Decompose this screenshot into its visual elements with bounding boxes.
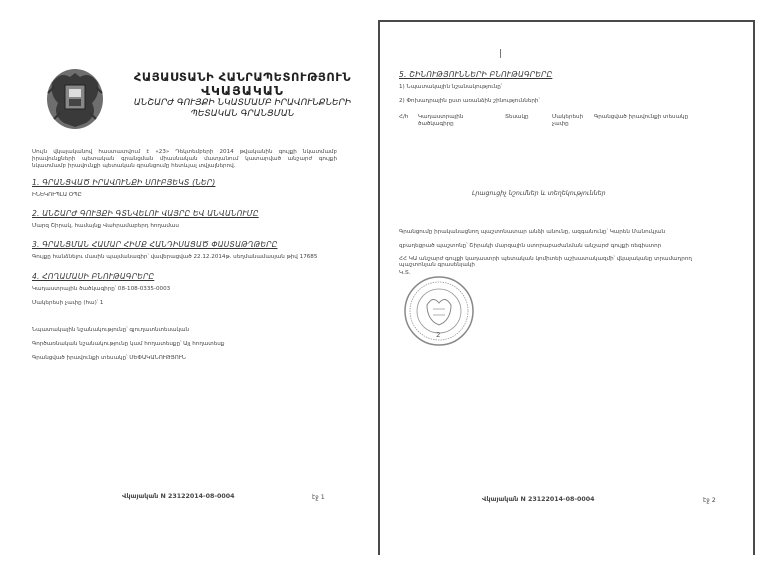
building-list-label: 2) Փոխադրային ըստ առանձին շինությունների…: [399, 98, 540, 105]
registrar-name: Գրանցումը իրականացնող պաշտոնատար անձի ան…: [399, 229, 665, 236]
scan-mark: [500, 49, 501, 58]
document-header: ՀԱՅԱՍՏԱՆԻ ՀԱՆՐԱՊԵՏՈՒԹՅՈՒՆ ՎԿԱՅԱԿԱՆ ԱՆՇԱՐ…: [120, 70, 365, 120]
additional-notes-title: Լրացուցիչ նշումներ և տեղեկություններ: [472, 190, 606, 197]
section-3-line: Գույքը հանձնելու մասին պայմանագիր՝ վավեր…: [32, 254, 317, 261]
section-3-title: 3. ԳՐԱՆՑՄԱՆ ՀԱՄԱՐ ՀԻՄՔ ՀԱՆԴԻՍԱՑԱԾ ՓԱՍՏԱԹ…: [32, 240, 277, 249]
page-number: էջ 2: [703, 497, 716, 504]
table-header-cadastral: Կադաստրային ծածկագիրը: [418, 114, 488, 127]
header-title: ՎԿԱՅԱԿԱՆ: [120, 84, 365, 98]
section-1-line: ԻՆԵԿՈՒՊԼԱ ՕՊԸ: [32, 192, 82, 199]
issuing-office: ՀՀ ԿԱ անշարժ գույքի կադաստրի պետական կոմ…: [399, 256, 729, 269]
table-header-type: Տեսակը: [505, 114, 545, 121]
intro-paragraph: Սույն վկայականով հաստատվում է «23» Դեկտե…: [32, 149, 337, 170]
registrar-position: զբաղեցրած պաշտոնը՝ Շիրակի մարզային ստորա…: [399, 243, 661, 250]
page-number: էջ 1: [312, 494, 325, 501]
table-header-right-type: Գրանցված իրավունքի տեսակը: [594, 114, 704, 121]
header-subtitle-2: ՊԵՏԱԿԱՆ ԳՐԱՆՑՄԱՆ: [120, 109, 365, 120]
table-header-no: Հ/հ: [399, 114, 419, 121]
right-type: Գրանցված իրավունքի տեսակը՝ ՍԵՓԱԿԱՆՈՒԹՅՈՒ…: [32, 355, 186, 362]
header-subtitle-1: ԱՆՇԱՐԺ ԳՈՒՅՔԻ ՆԿԱՏՄԱՄԲ ԻՐԱՎՈՒՆՔՆԵՐԻ: [120, 98, 365, 109]
section-4-title: 4. ՀՈՂԱՄԱՍԻ ԲՆՈՒԹԱԳՐԵՐԸ: [32, 272, 154, 281]
stamp-number: 2: [436, 331, 440, 339]
area-size: Մակերեսի չափը (հա)՝ 1: [32, 300, 103, 307]
table-header-area: Մակերեսի չափը: [552, 114, 592, 127]
cadastral-code: Կադաստրային ծածկագիրը՝ 08-108-0335-0003: [32, 286, 170, 293]
document-page-1: ՀԱՅԱՍՏԱՆԻ ՀԱՆՐԱՊԵՏՈՒԹՅՈՒՆ ՎԿԱՅԱԿԱՆ ԱՆՇԱՐ…: [10, 18, 368, 553]
functional-use: Գործառնական նշանակությունը կամ հողատեսքը…: [32, 341, 224, 348]
certificate-number: Վկայական N 23122014-08-0004: [482, 496, 595, 503]
purpose: Նպատակային նշանակությունը՝ գյուղատնտեսակ…: [32, 327, 189, 334]
coat-of-arms-icon: [40, 63, 110, 133]
section-5-title: 5. ՇԻՆՈՒԹՅՈՒՆՆԵՐԻ ԲՆՈՒԹԱԳՐԵՐԸ: [399, 70, 552, 79]
official-seal-icon: 2: [403, 275, 475, 347]
document-page-2: 5. ՇԻՆՈՒԹՅՈՒՆՆԵՐԻ ԲՆՈՒԹԱԳՐԵՐԸ 1) Նպատակա…: [378, 20, 755, 555]
section-2-title: 2. ԱՆՇԱՐԺ ԳՈՒՅՔԻ ԳՏՆՎԵԼՈՒ ՎԱՅՐԸ ԵՎ ԱՆՎԱՆ…: [32, 209, 259, 218]
building-purpose: 1) Նպատակային նշանակությունը՝: [399, 84, 502, 91]
section-2-line: Մարզ Շիրակ, համայնք Վահրամաբերդ հողամաս: [32, 223, 179, 230]
section-1-title: 1. ԳՐԱՆՑՎԱԾ ԻՐԱՎՈՒՆՔԻ ՍՈՒԲՅԵԿՏ (ՆԵՐ): [32, 178, 215, 187]
header-country: ՀԱՅԱՍՏԱՆԻ ՀԱՆՐԱՊԵՏՈՒԹՅՈՒՆ: [120, 70, 365, 84]
certificate-number: Վկայական N 23122014-08-0004: [122, 493, 235, 500]
